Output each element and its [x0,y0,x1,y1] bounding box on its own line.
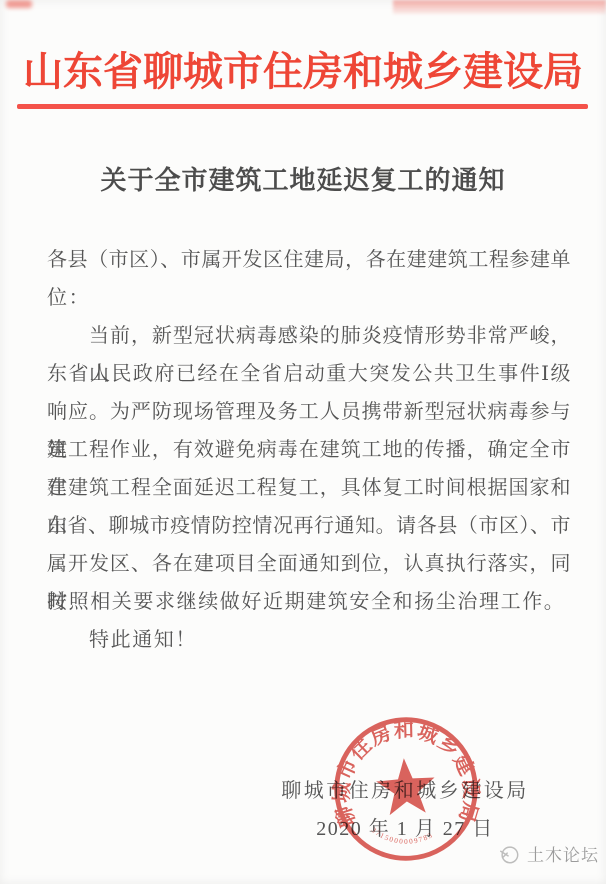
body-line: 当前，新型冠状病毒感染的肺炎疫情形势非常严峻，山 [47,317,571,355]
scan-artifact-top-left [6,0,32,8]
body-line: 按照相关要求继续做好近期建筑安全和扬尘治理工作。 [47,583,571,621]
seal-star-icon [375,756,437,816]
body-line: 特此通知！ [47,621,571,659]
seal-code: 3715000009783 [369,822,435,848]
letterhead-divider-rule [17,104,588,109]
body-line: 筑工程作业，有效避免病毒在建筑工地的传播，确定全市在 [47,431,571,469]
notice-title: 关于全市建筑工地延迟复工的通知 [0,160,606,197]
watermark-label: 土木论坛 [527,841,599,866]
body-line: 响应。为严防现场管理及务工人员携带新型冠状病毒参与建 [47,393,571,431]
letterhead-agency-name: 山东省聊城市住房和城乡建设局 [0,40,606,97]
body-line: 各县（市区）、市属开发区住建局，各在建建筑工程参建单 [47,241,571,279]
svg-text:3715000009783: 3715000009783 [369,822,435,848]
official-seal-graphic: 聊城市住房和城乡建设局 3715000009783 [324,707,488,871]
body-line: 属开发区、各在建项目全面通知到位，认真执行落实，同时 [47,545,571,583]
body-line: 位： [47,279,571,317]
body-line: 东省人民政府已经在全省启动重大突发公共卫生事件Ⅰ级 [47,355,571,393]
scanned-notice-page: 山东省聊城市住房和城乡建设局 关于全市建筑工地延迟复工的通知 各县（市区）、市属… [0,0,606,884]
scan-artifact-top-right [393,0,606,14]
forum-logo-icon [498,843,520,865]
body-line: 建建筑工程全面延迟工程复工，具体复工时间根据国家和山 [47,469,571,507]
notice-body: 各县（市区）、市属开发区住建局，各在建建筑工程参建单 位： 当前，新型冠状病毒感… [47,241,571,659]
official-seal: 聊城市住房和城乡建设局 3715000009783 [324,707,488,871]
body-line: 东省、聊城市疫情防控情况再行通知。请各县（市区）、市 [47,507,571,545]
forum-watermark: 土木论坛 [498,841,599,866]
